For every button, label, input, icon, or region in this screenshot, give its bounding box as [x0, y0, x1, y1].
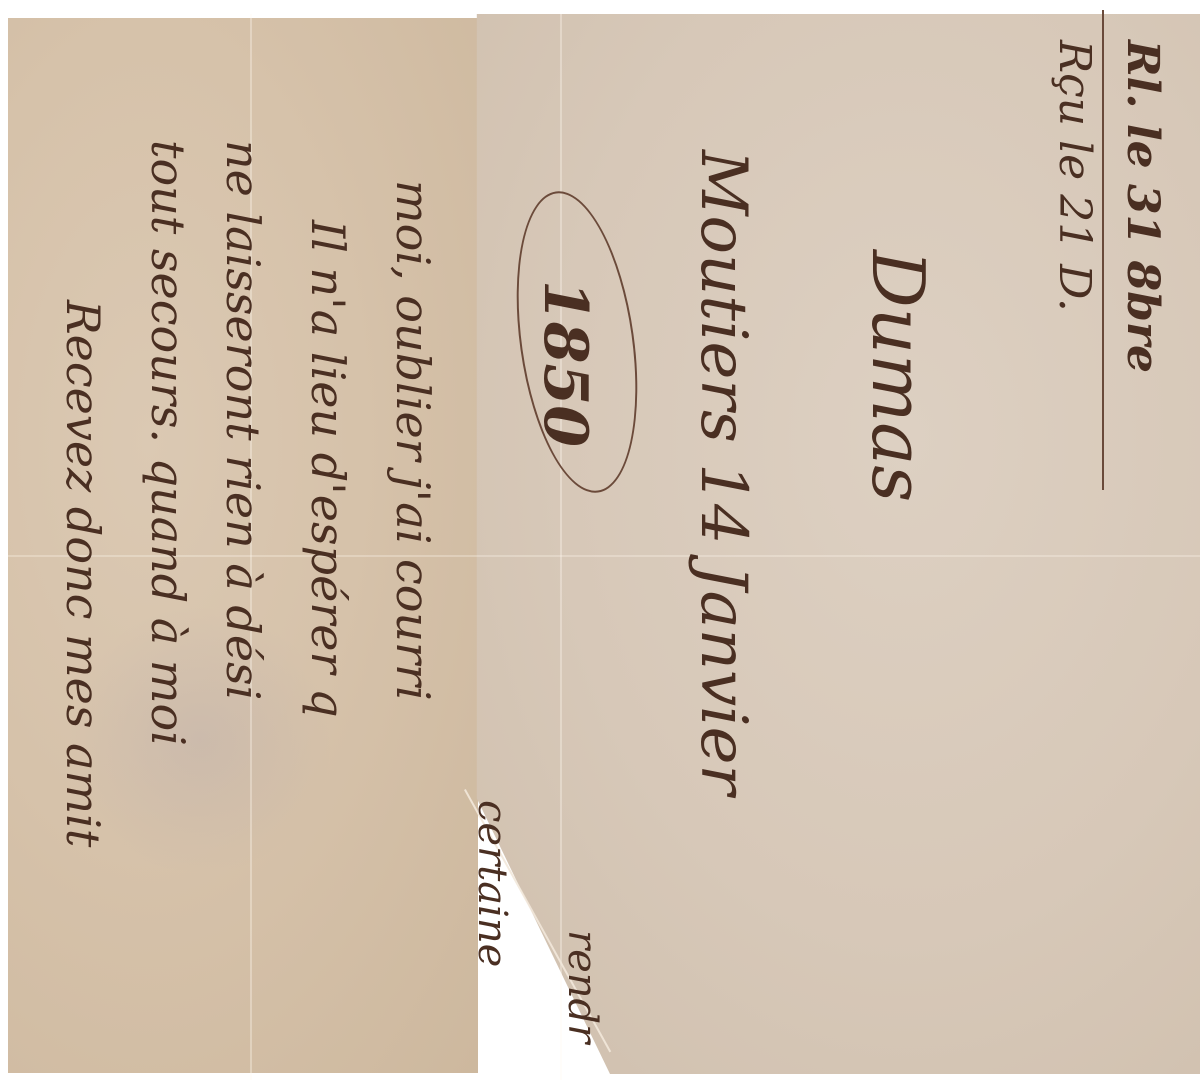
flap-line: rendr: [559, 930, 605, 1043]
year: 1850: [530, 280, 600, 447]
letter-line: Recevez donc mes amit: [56, 300, 110, 847]
reply-note: Rl. le 31 8bre: [1117, 40, 1168, 373]
letter-line: moi, oublier j'ai courri: [386, 180, 440, 701]
annotation-rule: [1102, 10, 1104, 490]
receipt-note: Rçu le 21 D.: [1049, 40, 1100, 312]
place-date: Moutiers 14 Janvier: [686, 150, 760, 795]
fold-line: [560, 14, 562, 1080]
flap-line: certaine: [469, 800, 515, 967]
letter-line: tout secours. quand à moi: [141, 140, 195, 746]
letter-line: ne laisseront rien à dési: [216, 140, 270, 700]
addressee-name: Dumas: [856, 250, 940, 502]
letter-line: Il n'a lieu d'espérer q: [301, 220, 355, 718]
